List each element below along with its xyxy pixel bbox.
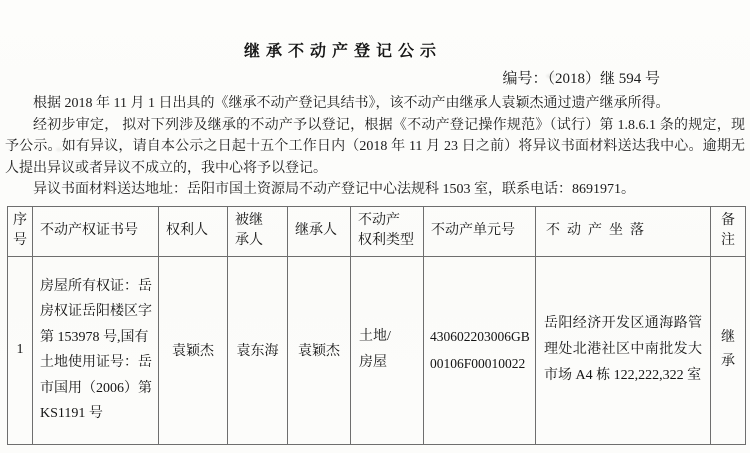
- notice-document: 继承不动产登记公示 编号：（2018）继 594 号 根据 2018 年 11 …: [0, 0, 750, 453]
- scan-smudge: [56, 148, 62, 151]
- cell-decedent: 袁东海: [228, 256, 288, 444]
- scan-smudge: [546, 74, 556, 78]
- doc-number: 编号：（2018）继 594 号: [0, 67, 750, 88]
- paragraph-review-and-objection: 经初步审定， 拟对下列涉及继承的不动产予以登记，根据《不动产登记操作规范》（试行…: [5, 115, 745, 180]
- notice-body: 根据 2018 年 11 月 1 日出具的《继承不动产登记具结书》，该不动产由继…: [5, 93, 745, 201]
- header-remark: 备 注: [711, 206, 746, 256]
- header-decedent: 被继 承人: [228, 206, 288, 256]
- cell-location: 岳阳经济开发区通海路管理处北港社区中南批发大市场 A4 栋 122,222,32…: [536, 256, 711, 444]
- scan-smudge: [386, 214, 395, 219]
- notice-title: 继承不动产登记公示: [0, 38, 750, 61]
- cell-unit-no: 430602203006GB 00106F00010022: [424, 256, 536, 444]
- paragraph-objection-address: 异议书面材料送达地址：岳阳市国土资源局不动产登记中心法规科 1503 室，联系电…: [5, 179, 745, 201]
- cell-seq-no: 1: [8, 256, 33, 444]
- header-heir: 继承人: [288, 206, 351, 256]
- cell-heir: 袁颖杰: [288, 256, 351, 444]
- header-location: 不动产坐落: [536, 206, 711, 256]
- cell-certificate-no: 房屋所有权证：岳房权证岳阳楼区字第 153978 号,国有土地使用证号：岳市国用…: [33, 256, 159, 444]
- table-row: 1 房屋所有权证：岳房权证岳阳楼区字第 153978 号,国有土地使用证号：岳市…: [8, 256, 746, 444]
- cell-right-holder: 袁颖杰: [159, 256, 228, 444]
- cell-remark: 继 承: [711, 256, 746, 444]
- cell-right-type: 土地/ 房屋: [351, 256, 424, 444]
- registration-table: 序 号 不动产权证书号 权利人 被继 承人 继承人 不动产 权利类型 不动产单元…: [7, 206, 746, 445]
- table-header-row: 序 号 不动产权证书号 权利人 被继 承人 继承人 不动产 权利类型 不动产单元…: [8, 206, 746, 256]
- header-certificate-no: 不动产权证书号: [33, 206, 159, 256]
- header-seq-no: 序 号: [8, 206, 33, 256]
- header-right-holder: 权利人: [159, 206, 228, 256]
- paragraph-basis: 根据 2018 年 11 月 1 日出具的《继承不动产登记具结书》，该不动产由继…: [5, 93, 745, 115]
- header-unit-no: 不动产单元号: [424, 206, 536, 256]
